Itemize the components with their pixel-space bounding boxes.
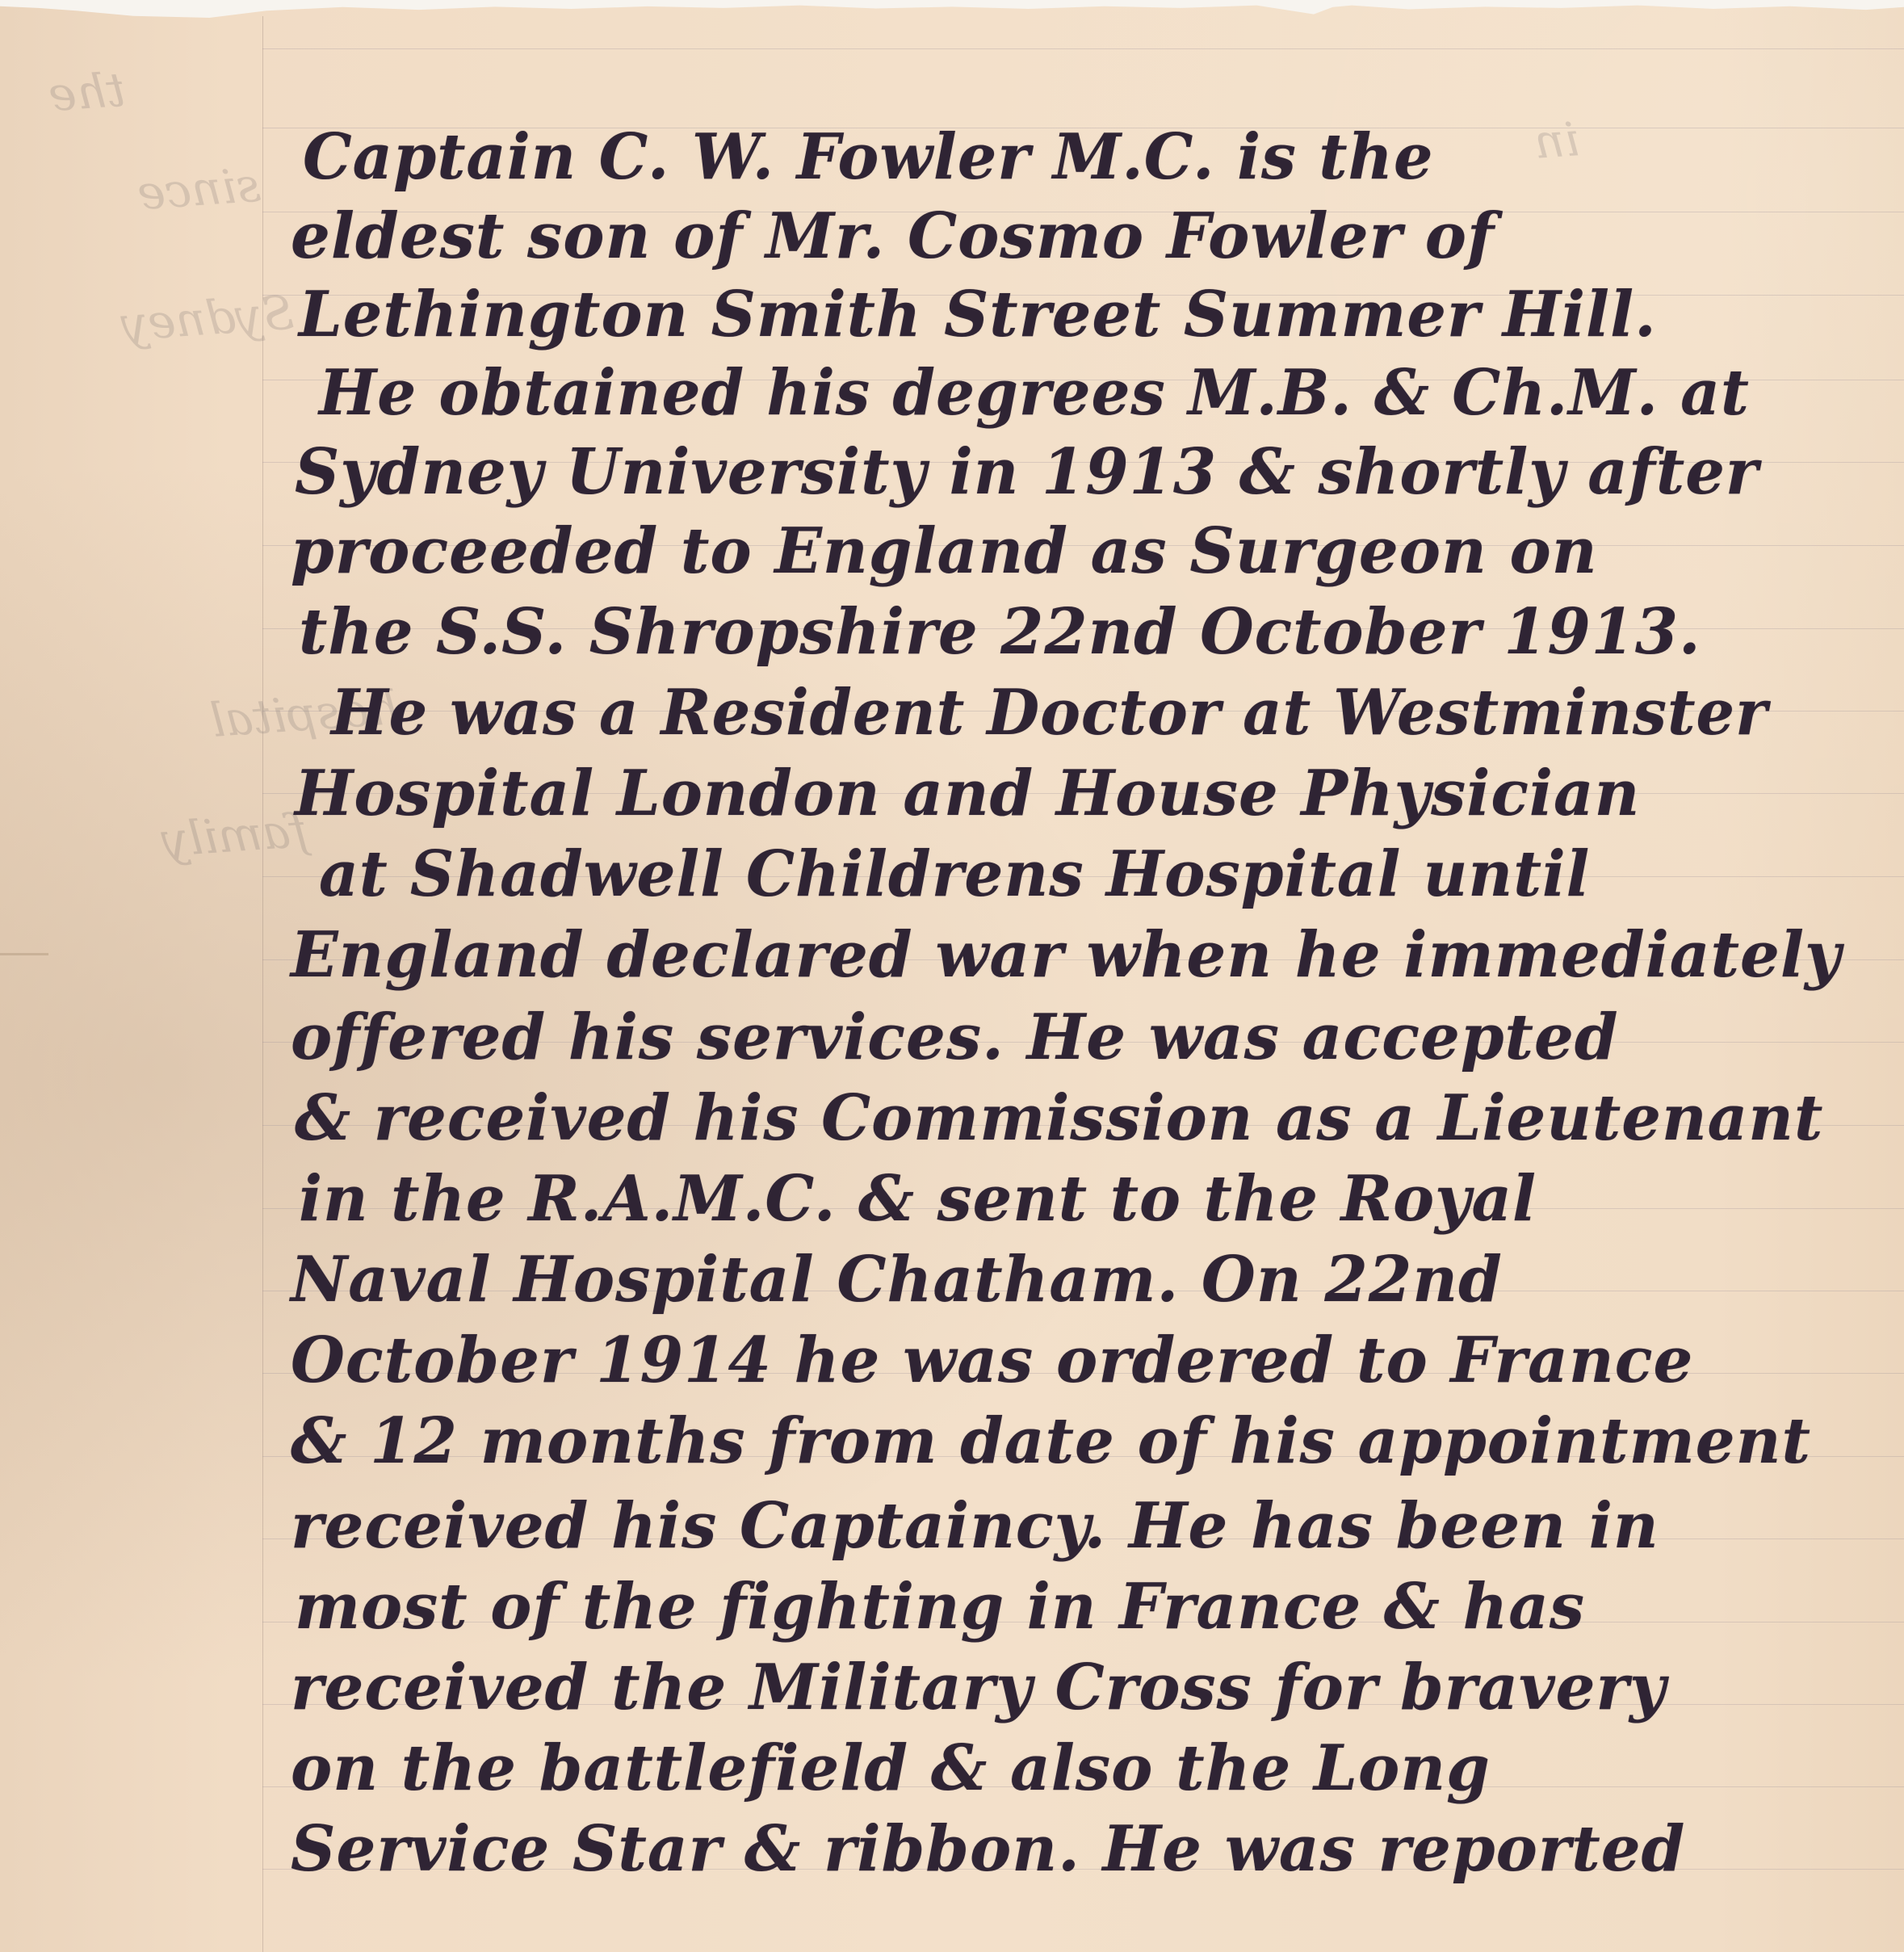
text-line: in the R.A.M.C. & sent to the Royal (299, 1163, 1850, 1236)
handwritten-body: Captain C. W. Fowler M.C. is the eldest … (0, 0, 1904, 1952)
text-line: received the Military Cross for bravery (291, 1652, 1850, 1724)
text-line: Service Star & ribbon. He was reported (291, 1813, 1850, 1886)
letter-page: the since Sydney in hospital family Capt… (0, 0, 1904, 1952)
text-line: October 1914 he was ordered to France (291, 1324, 1850, 1397)
text-line: Naval Hospital Chatham. On 22nd (291, 1244, 1850, 1316)
text-line: Lethington Smith Street Summer Hill. (299, 279, 1850, 351)
text-line: England declared war when he immediately (291, 919, 1850, 992)
text-line: proceeded to England as Surgeon on (291, 515, 1850, 588)
text-line: & 12 months from date of his appointment (291, 1405, 1850, 1478)
text-line: at Shadwell Childrens Hospital until (319, 838, 1849, 911)
text-line: eldest son of Mr. Cosmo Fowler of (291, 200, 1850, 273)
text-line: the S.S. Shropshire 22nd October 1913. (299, 596, 1850, 669)
text-line: Captain C. W. Fowler M.C. is the (303, 121, 1849, 194)
text-line: received his Captaincy. He has been in (291, 1490, 1850, 1563)
text-line: He obtained his degrees M.B. & Ch.M. at (319, 357, 1849, 430)
text-line: offered his services. He was accepted (291, 1001, 1850, 1074)
text-line: & received his Commission as a Lieutenan… (295, 1082, 1849, 1155)
text-line: He was a Resident Doctor at Westminster (331, 677, 1849, 749)
text-line: Sydney University in 1913 & shortly afte… (295, 436, 1849, 509)
text-line: on the battlefield & also the Long (291, 1732, 1850, 1805)
text-line: Hospital London and House Physician (295, 758, 1849, 830)
text-line: most of the fighting in France & has (295, 1571, 1849, 1643)
